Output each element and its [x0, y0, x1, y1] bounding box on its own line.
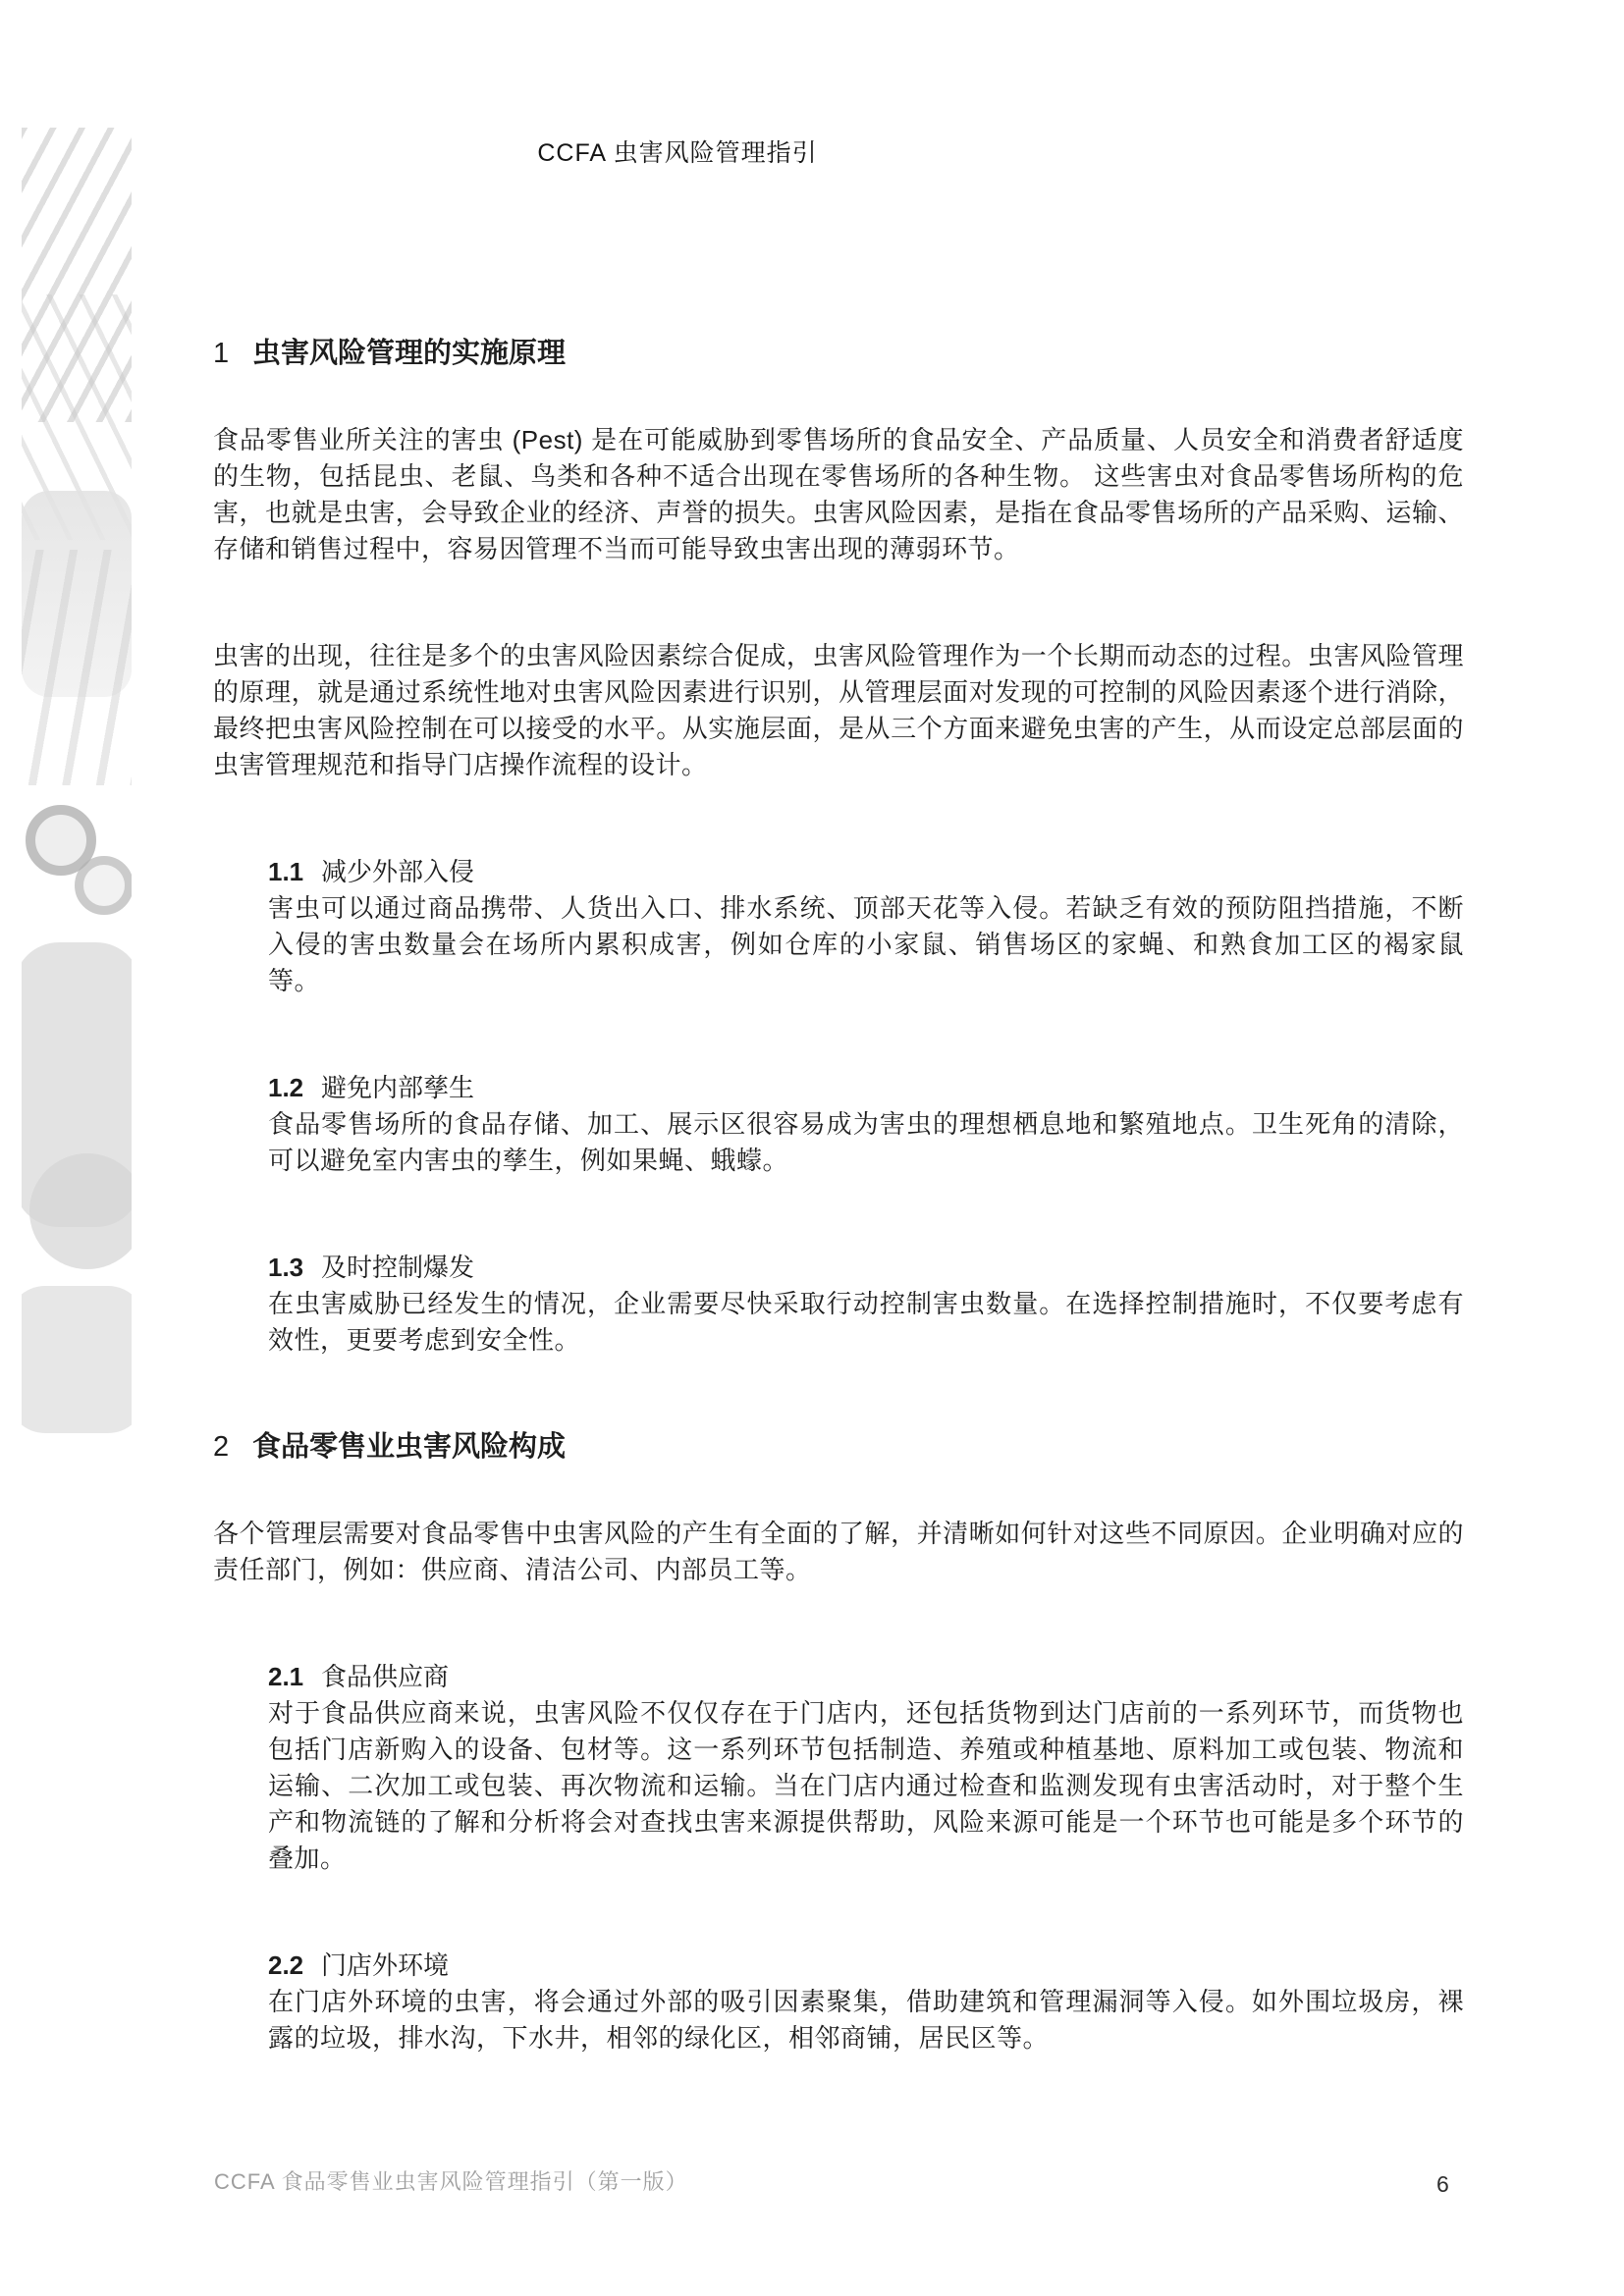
paragraph: 各个管理层需要对食品零售中虫害风险的产生有全面的了解，并清晰如何针对这些不同原因… [213, 1516, 1464, 1588]
shopping-carts-photo [22, 128, 132, 1433]
subsection-number: 2.1 [268, 1659, 321, 1695]
document-page: CCFA 虫害风险管理指引 1 虫害风险管理的实施原理 食品零售业所关注的害虫 … [0, 0, 1624, 2296]
cart-wheel-shape [29, 1153, 132, 1269]
subsection-title: 避免内部孳生 [321, 1070, 474, 1106]
subsection-body: 食品零售场所的食品存储、加工、展示区很容易成为害虫的理想栖息地和繁殖地点。卫生死… [268, 1106, 1464, 1179]
subsection-heading: 2.2 门店外环境 [268, 1948, 1464, 1984]
subsection-number: 1.1 [268, 854, 321, 890]
section-heading: 2 食品零售业虫害风险构成 [213, 1429, 1464, 1465]
subsection-number: 1.2 [268, 1070, 321, 1106]
subsection-title: 减少外部入侵 [321, 854, 474, 890]
subsection-body: 在虫害威胁已经发生的情况，企业需要尽快采取行动控制害虫数量。在选择控制措施时，不… [268, 1286, 1464, 1359]
page-header-title: CCFA 虫害风险管理指引 [412, 133, 943, 169]
subsection-title: 门店外环境 [321, 1948, 449, 1984]
subsection-body: 害虫可以通过商品携带、人货出入口、排水系统、顶部天花等入侵。若缺乏有效的预防阻挡… [268, 890, 1464, 999]
cart-base-shape [22, 1286, 132, 1433]
page-number: 6 [1436, 2171, 1449, 2198]
subsection-1-3: 1.3 及时控制爆发 在虫害威胁已经发生的情况，企业需要尽快采取行动控制害虫数量… [268, 1250, 1464, 1359]
subsection-heading: 2.1 食品供应商 [268, 1659, 1464, 1695]
subsection-title: 及时控制爆发 [321, 1250, 474, 1286]
section-number: 2 [213, 1429, 252, 1465]
subsection-heading: 1.1 减少外部入侵 [268, 854, 1464, 890]
subsection-heading: 1.2 避免内部孳生 [268, 1070, 1464, 1106]
subsection-body: 对于食品供应商来说，虫害风险不仅仅存在于门店内，还包括货物到达门店前的一系列环节… [268, 1695, 1464, 1877]
subsection-title: 食品供应商 [321, 1659, 449, 1695]
section-title: 食品零售业虫害风险构成 [252, 1429, 566, 1465]
document-body: 1 虫害风险管理的实施原理 食品零售业所关注的害虫 (Pest) 是在可能威胁到… [213, 336, 1464, 2127]
cart-wheel [75, 856, 132, 915]
cart-grid-lines [22, 550, 132, 785]
section-title: 虫害风险管理的实施原理 [252, 336, 566, 371]
subsection-2-2: 2.2 门店外环境 在门店外环境的虫害，将会通过外部的吸引因素聚集，借助建筑和管… [268, 1948, 1464, 2056]
subsection-heading: 1.3 及时控制爆发 [268, 1250, 1464, 1286]
subsection-1-2: 1.2 避免内部孳生 食品零售场所的食品存储、加工、展示区很容易成为害虫的理想栖… [268, 1070, 1464, 1179]
section-number: 1 [213, 336, 252, 371]
section-heading: 1 虫害风险管理的实施原理 [213, 336, 1464, 371]
paragraph: 虫害的出现，往往是多个的虫害风险因素综合促成，虫害风险管理作为一个长期而动态的过… [213, 638, 1464, 783]
section-2: 2 食品零售业虫害风险构成 各个管理层需要对食品零售中虫害风险的产生有全面的了解… [213, 1429, 1464, 2056]
subsection-2-1: 2.1 食品供应商 对于食品供应商来说，虫害风险不仅仅存在于门店内，还包括货物到… [268, 1659, 1464, 1877]
subsection-number: 2.2 [268, 1948, 321, 1984]
subsection-number: 1.3 [268, 1250, 321, 1286]
footer-document-title: CCFA 食品零售业虫害风险管理指引（第一版） [214, 2165, 688, 2196]
subsection-1-1: 1.1 减少外部入侵 害虫可以通过商品携带、人货出入口、排水系统、顶部天花等入侵… [268, 854, 1464, 999]
subsection-body: 在门店外环境的虫害，将会通过外部的吸引因素聚集，借助建筑和管理漏洞等入侵。如外围… [268, 1984, 1464, 2056]
section-1: 1 虫害风险管理的实施原理 食品零售业所关注的害虫 (Pest) 是在可能威胁到… [213, 336, 1464, 1359]
paragraph: 食品零售业所关注的害虫 (Pest) 是在可能威胁到零售场所的食品安全、产品质量… [213, 422, 1464, 567]
